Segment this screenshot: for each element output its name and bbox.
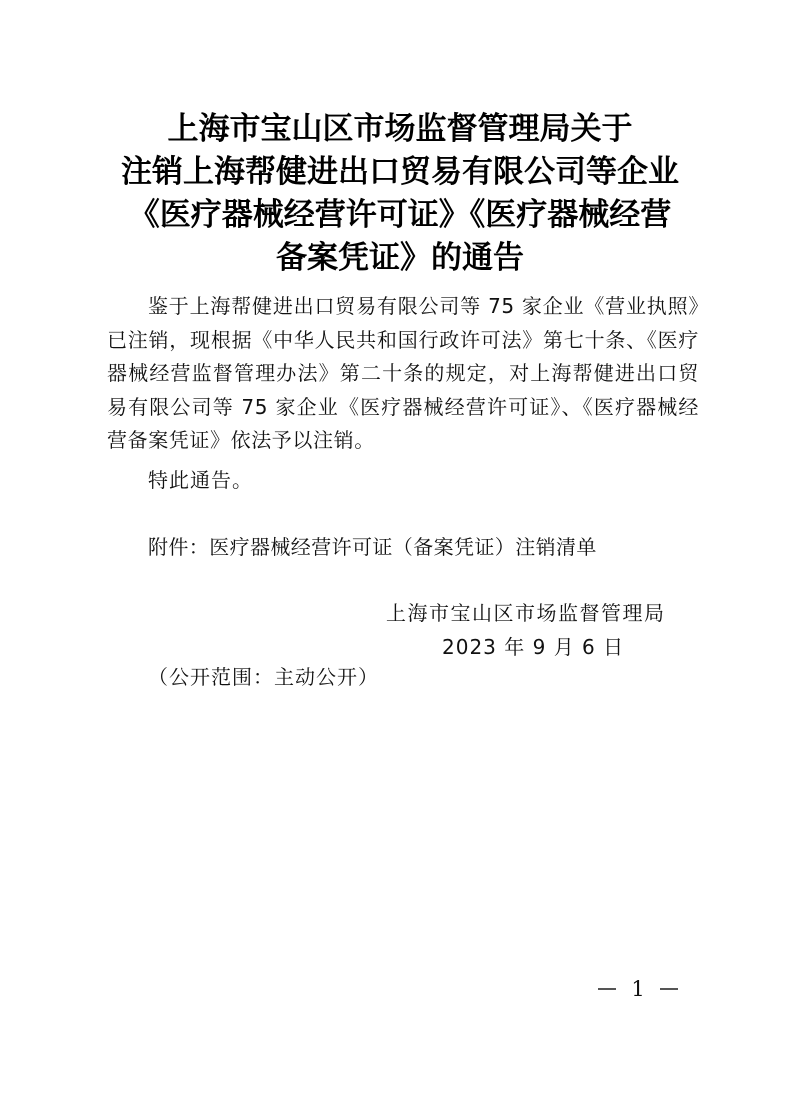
- title-line-1: 上海市宝山区市场监督管理局关于: [100, 108, 700, 151]
- closing-statement: 特此通告。: [148, 463, 253, 497]
- attachment-line: 附件：医疗器械经营许可证（备案凭证）注销清单: [148, 530, 597, 564]
- notice-title: 上海市宝山区市场监督管理局关于 注销上海帮健进出口贸易有限公司等企业 《医疗器械…: [100, 108, 700, 280]
- dash-left-icon: [598, 988, 616, 990]
- issuing-organization: 上海市宝山区市场监督管理局: [386, 596, 676, 630]
- page-number: 1: [631, 977, 644, 1001]
- issue-date: 2023 年 9 月 6 日: [386, 630, 676, 664]
- body-paragraph: 鉴于上海帮健进出口贸易有限公司等 75 家企业《营业执照》已注销，现根据《中华人…: [107, 290, 699, 458]
- dash-right-icon: [660, 988, 678, 990]
- signature-block: 上海市宝山区市场监督管理局 2023 年 9 月 6 日: [386, 596, 676, 664]
- disclosure-scope: （公开范围：主动公开）: [148, 660, 379, 694]
- page-number-footer: 1: [598, 974, 678, 1004]
- title-line-2: 注销上海帮健进出口贸易有限公司等企业: [100, 151, 700, 194]
- document-page: 上海市宝山区市场监督管理局关于 注销上海帮健进出口贸易有限公司等企业 《医疗器械…: [0, 0, 794, 1093]
- title-line-4: 备案凭证》的通告: [100, 237, 700, 280]
- notice-body: 鉴于上海帮健进出口贸易有限公司等 75 家企业《营业执照》已注销，现根据《中华人…: [107, 290, 699, 458]
- title-line-3: 《医疗器械经营许可证》《医疗器械经营: [100, 194, 700, 237]
